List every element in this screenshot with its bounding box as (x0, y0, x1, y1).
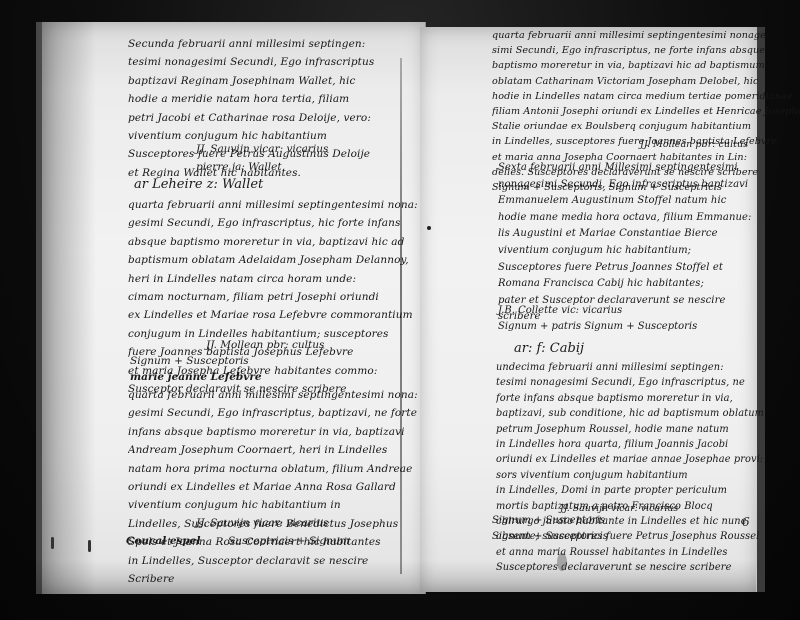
entry-line: in Lindelles hora quarta, filium Joannis… (496, 437, 764, 452)
entry-line: Scribere (128, 570, 418, 588)
entry-line: viventium conjugum hic habitantium; (498, 243, 752, 260)
entry-line: baptizavi Reginam Josephinam Wallet, hic (128, 72, 374, 90)
entry-line: et anna maria Roussel habitantes in Lind… (496, 545, 764, 560)
entry-line: heri in Lindelles natam circa horam unde… (128, 270, 418, 288)
entry-line: hodie a meridie natam hora tertia, filia… (128, 90, 374, 108)
entry-line: natam hora prima nocturna oblatum, filiu… (128, 460, 418, 478)
entry-line: in Lindelles, Susceptor declaravit se ne… (128, 552, 418, 570)
scanned-register-spread: Secunda februarii anni millesimi septing… (0, 0, 800, 620)
entry-line: baptismum oblatam Adelaidam Josepham Del… (128, 251, 418, 269)
entry-line: tesimi nonagesimi Secundi, Ego infrascri… (128, 53, 374, 71)
father-signature: pierre ja: Wallet (196, 158, 282, 176)
godparent-signature: ar Leheire z: Wallet (134, 176, 263, 194)
entry-line: in Lindelles, Domi in parte propter peri… (496, 483, 764, 498)
godmother-mark: Signum + Susceptricis (492, 528, 608, 546)
parent-godparent-marks: Signum + patris Signum + Susceptoris (498, 318, 697, 336)
entry-line: Andream Josephum Coornaert, heri in Lind… (128, 441, 418, 459)
baptism-entry-3: quarta februarii anni millesimi septinge… (128, 386, 418, 588)
godmother-signature: marie jeanne Lefebvre (130, 368, 262, 386)
entry-line: Stalie oriundae ex Boulsberq conjugum ha… (492, 119, 800, 134)
margin-mark (51, 537, 54, 549)
priest-signature: JJ. Sauvijn vicar: vicarius (196, 140, 328, 158)
margin-name-note: ar: f: Cabij (514, 340, 584, 358)
ink-stain (557, 553, 567, 571)
entry-line: simi Secundi, Ego infrascriptus, ne fort… (492, 43, 800, 58)
priest-signature: JJ. Mollean pbr: cultus (640, 136, 748, 154)
entry-line: oblatam Catharinam Victoriam Josepham De… (492, 74, 800, 89)
entry-line: gesimi Secundi, Ego infrascriptus, bapti… (128, 404, 418, 422)
ink-dot (427, 226, 431, 230)
priest-signature: JJ. Sauvijn vicar: vicarius (196, 514, 328, 532)
entry-line: baptizavi, sub conditione, hic ad baptis… (496, 406, 764, 421)
godmother-mark: Susceptricis + Signum (228, 532, 350, 550)
entry-line: quarta februarii anni millesimi septinge… (128, 386, 418, 404)
entry-line: viventium conjugum hic habitantium in (128, 496, 418, 514)
entry-line: tesimi nonagesimi Secundi, Ego infrascri… (496, 375, 764, 390)
entry-line: baptismo moreretur in via, baptizavi hic… (492, 58, 800, 73)
entry-line: hodie mane media hora octava, filium Emm… (498, 210, 752, 227)
entry-line: quarta februarii anni millesimi septinge… (492, 28, 800, 43)
godparent-signature: Coucal espel (126, 532, 200, 550)
entry-line: Susceptores fuere Petrus Joannes Stoffel… (498, 260, 752, 277)
folio-number: 6 (742, 515, 750, 529)
entry-line: filiam Antonii Josephi oriundi ex Lindel… (492, 104, 800, 119)
entry-line: Susceptores declaraverunt se nescire scr… (496, 560, 764, 575)
entry-line: oriundi ex Lindelles et Mariae Anna Rosa… (128, 478, 418, 496)
entry-line: undecima februarii anni millesimi septin… (496, 360, 764, 375)
entry-line: forte infans absque baptismo moreretur i… (496, 391, 764, 406)
entry-line: infans absque baptismo moreretur in via,… (128, 423, 418, 441)
entry-line: nonagesimi Secundi, Ego infrascriptus ba… (498, 177, 752, 194)
margin-mark (88, 540, 91, 552)
entry-line: gesimi Secundi, Ego infrascriptus, hic f… (128, 214, 418, 232)
entry-line: sors viventium conjugum habitantium (496, 468, 764, 483)
entry-line: quarta februarii anni millesimi septinge… (128, 196, 418, 214)
entry-line: hodie in Lindelles natam circa medium te… (492, 89, 800, 104)
entry-line: oriundi ex Lindelles et mariae annae Jos… (496, 452, 764, 467)
entry-line: ex Lindelles et Mariae rosa Lefebvre com… (128, 306, 418, 324)
entry-line: cimam nocturnam, filiam petri Josephi or… (128, 288, 418, 306)
entry-line: petrum Josephum Roussel, hodie mane natu… (496, 422, 764, 437)
entry-line: Sexta februarii anni Millesimi septingen… (498, 160, 752, 177)
entry-line: petri Jacobi et Catharinae rosa Deloije,… (128, 109, 374, 127)
entry-line: Emmanuelem Augustinum Stoffel natum hic (498, 193, 752, 210)
entry-line: Secunda februarii anni millesimi septing… (128, 35, 374, 53)
entry-line: Romana Francisca Cabij hic habitantes; (498, 276, 752, 293)
entry-line: absque baptismo moreretur in via, baptiz… (128, 233, 418, 251)
entry-line: lis Augustini et Mariae Constantiae Bier… (498, 226, 752, 243)
